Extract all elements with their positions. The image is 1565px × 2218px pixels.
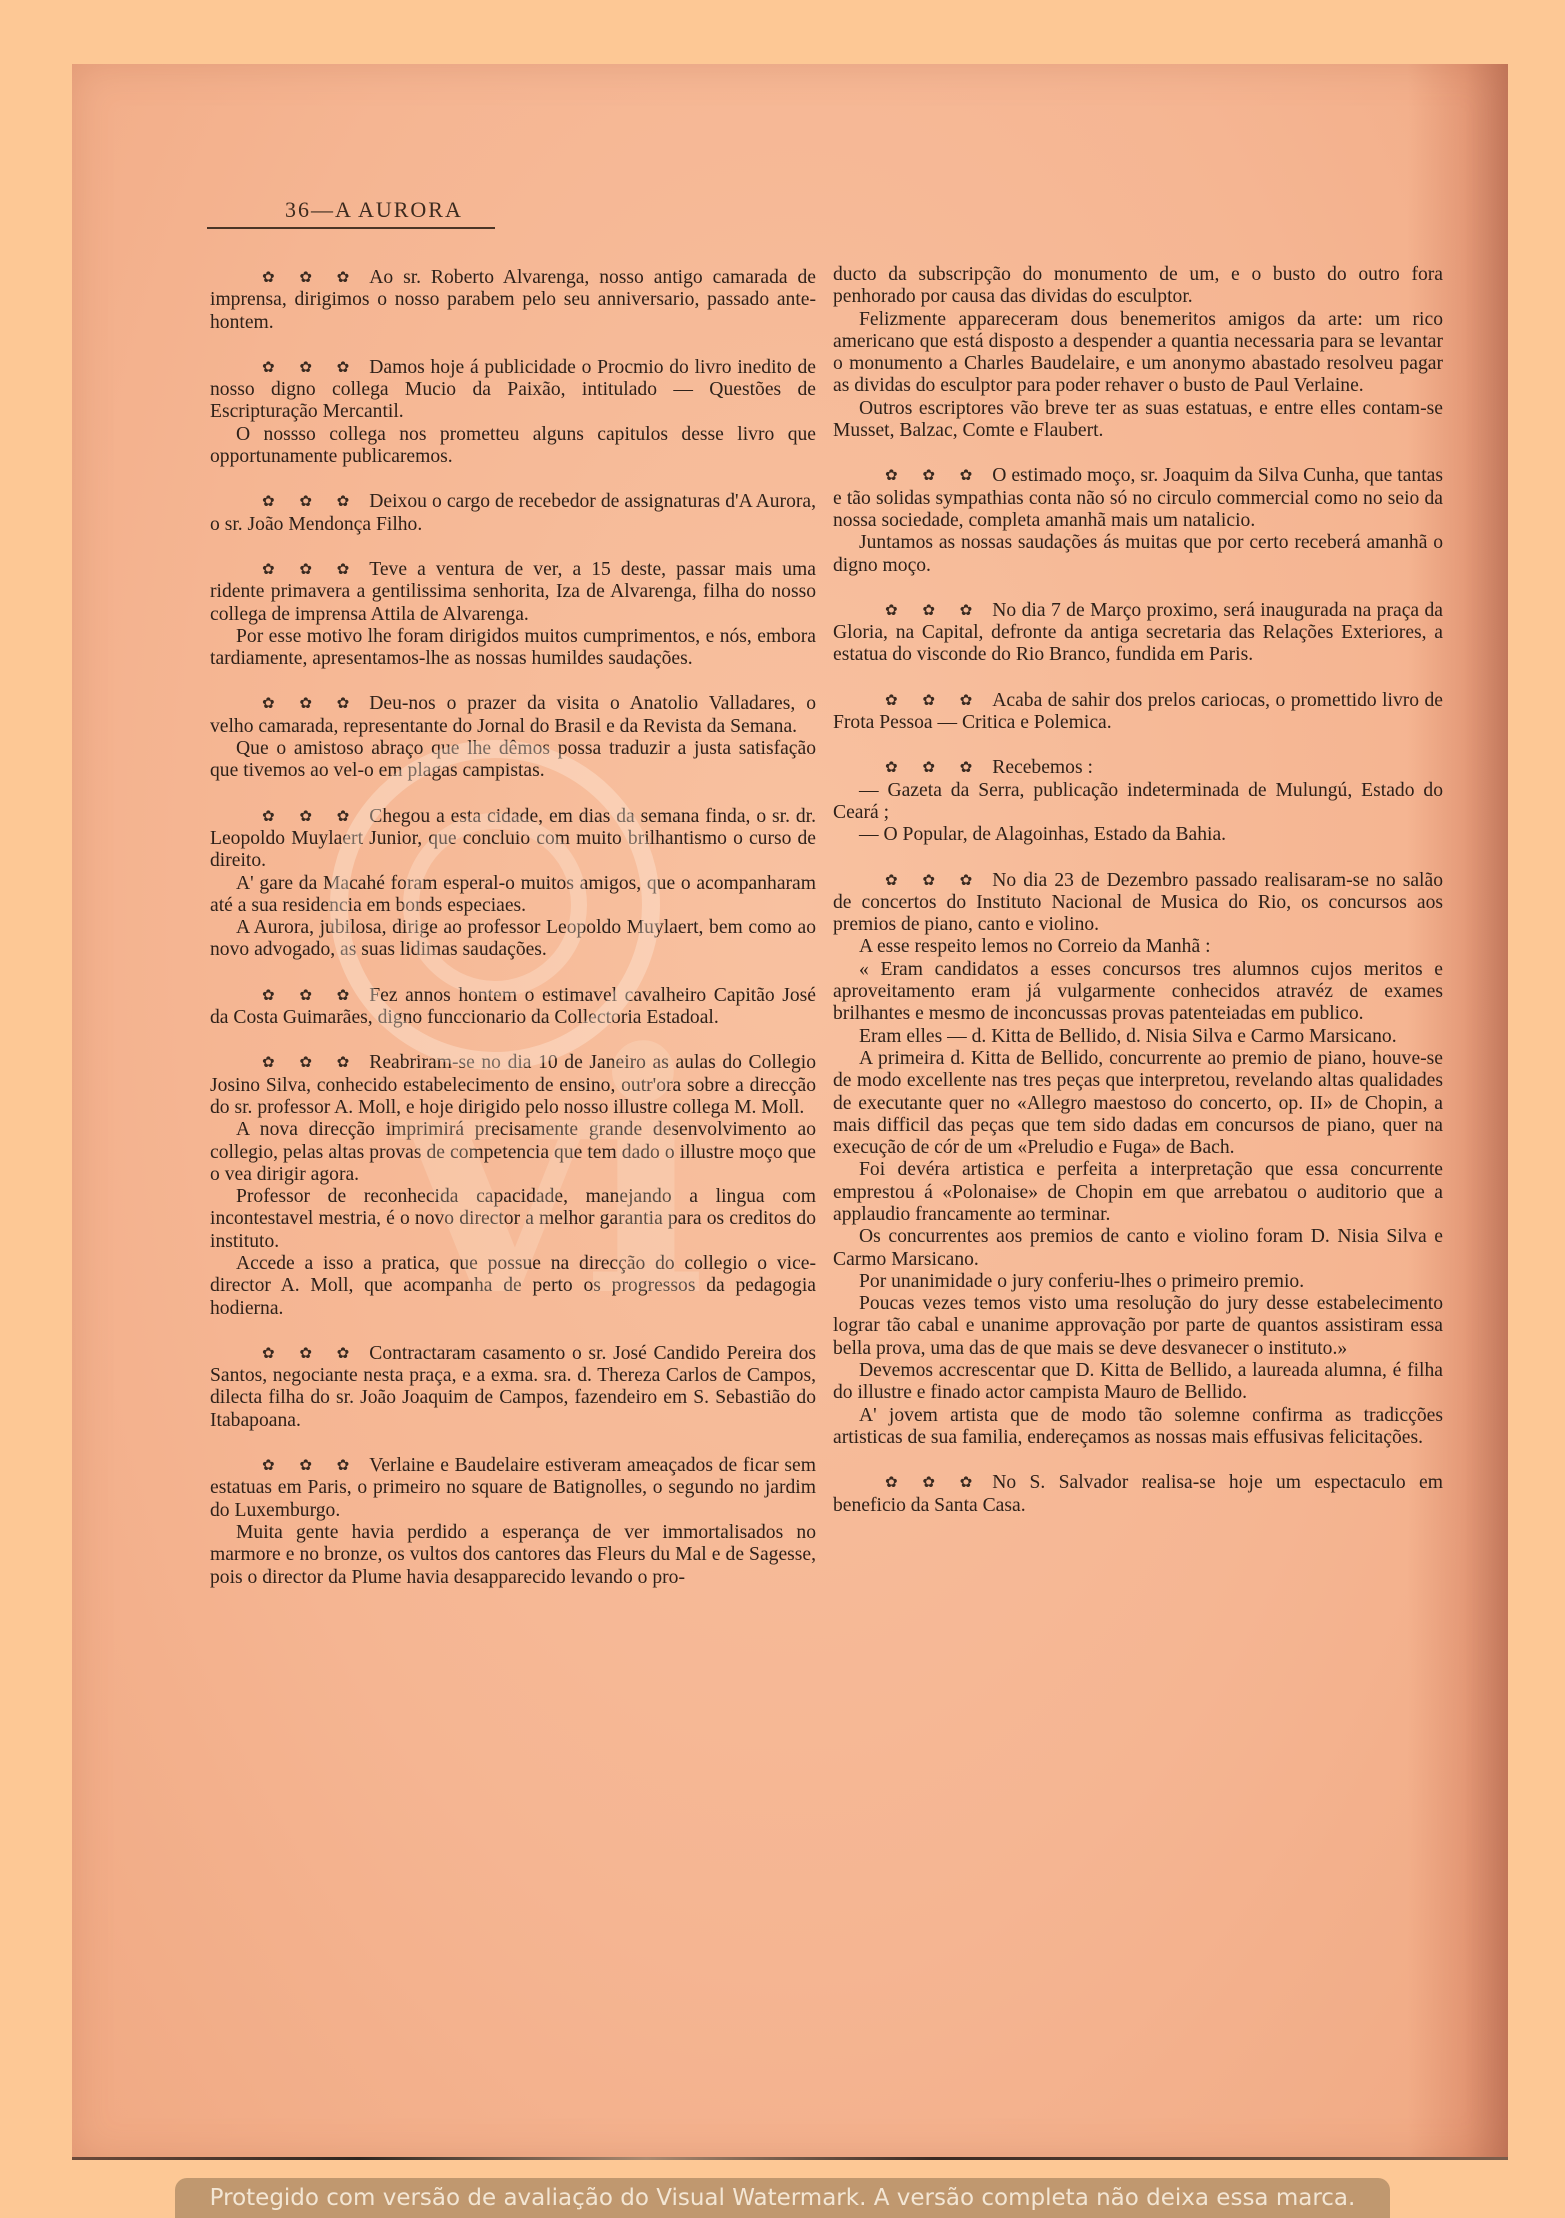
page-bottom-edge <box>72 2157 1508 2160</box>
paragraph-text: A nova direcção imprimirá precisamente g… <box>210 1119 816 1185</box>
news-paragraph: Professor de reconhecida capacidade, man… <box>210 1186 816 1253</box>
ornament-icon: ✿ ✿ ✿ <box>236 266 359 288</box>
ornament-icon: ✿ ✿ ✿ <box>859 599 982 621</box>
news-item: ✿ ✿ ✿Fez annos hontem o estimavel cavalh… <box>210 984 816 1030</box>
news-paragraph: ✿ ✿ ✿Verlaine e Baudelaire estiveram ame… <box>210 1454 816 1522</box>
news-paragraph: Juntamos as nossas saudações ás muitas q… <box>833 532 1443 577</box>
news-item: ✿ ✿ ✿Recebemos :— Gazeta da Serra, publi… <box>833 756 1443 846</box>
news-paragraph: A nova direcção imprimirá precisamente g… <box>210 1119 816 1186</box>
news-paragraph: ✿ ✿ ✿No dia 7 de Março proximo, será ina… <box>833 599 1443 667</box>
ornament-icon: ✿ ✿ ✿ <box>859 869 982 891</box>
news-paragraph: ✿ ✿ ✿Teve a ventura de ver, a 15 deste, … <box>210 558 816 626</box>
news-paragraph: — O Popular, de Alagoinhas, Estado da Ba… <box>833 824 1443 846</box>
paragraph-text: A Aurora, jubilosa, dirige ao professor … <box>210 917 816 960</box>
news-paragraph: Eram elles — d. Kitta de Bellido, d. Nis… <box>833 1026 1443 1048</box>
news-paragraph: A primeira d. Kitta de Bellido, concurre… <box>833 1048 1443 1159</box>
paragraph-text: Poucas vezes temos visto uma resolução d… <box>833 1293 1443 1359</box>
paragraph-text: — O Popular, de Alagoinhas, Estado da Ba… <box>859 824 1226 845</box>
paragraph-text: A' jovem artista que de modo tão solemne… <box>833 1405 1443 1448</box>
right-column: ducto da subscripção do monumento de um,… <box>833 264 1443 1539</box>
news-paragraph: ✿ ✿ ✿Recebemos : <box>833 756 1443 779</box>
news-item: ✿ ✿ ✿Reabriram-se no dia 10 de Janeiro a… <box>210 1051 816 1320</box>
paragraph-text: Accede a isso a pratica, que possue na d… <box>210 1253 816 1319</box>
header-rule <box>207 227 495 229</box>
news-paragraph: A' gare da Macahé foram esperal-o muitos… <box>210 873 816 918</box>
paragraph-text: Eram elles — d. Kitta de Bellido, d. Nis… <box>859 1026 1397 1047</box>
news-paragraph: ✿ ✿ ✿No S. Salvador realisa-se hoje um e… <box>833 1471 1443 1517</box>
paragraph-text: Recebemos : <box>992 757 1093 778</box>
paragraph-text: Foi devéra artistica e perfeita a interp… <box>833 1159 1443 1225</box>
ornament-icon: ✿ ✿ ✿ <box>236 1051 359 1073</box>
ornament-icon: ✿ ✿ ✿ <box>236 356 359 378</box>
ornament-icon: ✿ ✿ ✿ <box>236 490 359 512</box>
news-item: ✿ ✿ ✿Deixou o cargo de recebedor de assi… <box>210 490 816 536</box>
paragraph-text: ducto da subscripção do monumento de um,… <box>833 264 1443 307</box>
news-paragraph: Os concurrentes aos premios de canto e v… <box>833 1226 1443 1271</box>
news-paragraph: ✿ ✿ ✿Deixou o cargo de recebedor de assi… <box>210 490 816 536</box>
page-title: 36—A AURORA <box>207 197 497 223</box>
paragraph-text: Professor de reconhecida capacidade, man… <box>210 1186 816 1252</box>
news-item: ✿ ✿ ✿Teve a ventura de ver, a 15 deste, … <box>210 558 816 670</box>
news-paragraph: « Eram candidatos a esses concursos tres… <box>833 959 1443 1026</box>
paragraph-text: Por esse motivo lhe foram dirigidos muit… <box>210 626 816 669</box>
news-item: ✿ ✿ ✿No dia 23 de Dezembro passado reali… <box>833 869 1443 1450</box>
ornament-icon: ✿ ✿ ✿ <box>236 558 359 580</box>
news-paragraph: ✿ ✿ ✿O estimado moço, sr. Joaquim da Sil… <box>833 464 1443 532</box>
ornament-icon: ✿ ✿ ✿ <box>859 689 982 711</box>
news-paragraph: ✿ ✿ ✿Contractaram casamento o sr. José C… <box>210 1342 816 1432</box>
news-paragraph: — Gazeta da Serra, publicação indetermin… <box>833 780 1443 825</box>
news-paragraph: ✿ ✿ ✿Reabriram-se no dia 10 de Janeiro a… <box>210 1051 816 1119</box>
paragraph-text: « Eram candidatos a esses concursos tres… <box>833 959 1443 1025</box>
news-paragraph: O nossso collega nos prometteu alguns ca… <box>210 424 816 469</box>
news-item: ✿ ✿ ✿Acaba de sahir dos prelos cariocas,… <box>833 689 1443 735</box>
news-item: ✿ ✿ ✿Ao sr. Roberto Alvarenga, nosso ant… <box>210 266 816 334</box>
paragraph-text: Os concurrentes aos premios de canto e v… <box>833 1226 1443 1269</box>
ornament-icon: ✿ ✿ ✿ <box>859 756 982 778</box>
paragraph-text: A' gare da Macahé foram esperal-o muitos… <box>210 873 816 916</box>
paragraph-text: Felizmente appareceram dous benemeritos … <box>833 309 1443 397</box>
news-paragraph: A' jovem artista que de modo tão solemne… <box>833 1405 1443 1450</box>
news-paragraph: Accede a isso a pratica, que possue na d… <box>210 1253 816 1320</box>
news-paragraph: ducto da subscripção do monumento de um,… <box>833 264 1443 309</box>
news-item: ✿ ✿ ✿Chegou a esta cidade, em dias da se… <box>210 805 816 962</box>
news-paragraph: Que o amistoso abraço que lhe dêmos poss… <box>210 738 816 783</box>
ornament-icon: ✿ ✿ ✿ <box>236 1342 359 1364</box>
news-item: ✿ ✿ ✿Verlaine e Baudelaire estiveram ame… <box>210 1454 816 1589</box>
news-paragraph: Devemos accrescentar que D. Kitta de Bel… <box>833 1360 1443 1405</box>
ornament-icon: ✿ ✿ ✿ <box>859 1471 982 1493</box>
news-paragraph: Outros escriptores vão breve ter as suas… <box>833 398 1443 443</box>
news-item: ducto da subscripção do monumento de um,… <box>833 264 1443 442</box>
paragraph-text: Que o amistoso abraço que lhe dêmos poss… <box>210 738 816 781</box>
news-paragraph: Por unanimidade o jury conferiu-lhes o p… <box>833 1271 1443 1293</box>
paragraph-text: Outros escriptores vão breve ter as suas… <box>833 398 1443 441</box>
news-paragraph: ✿ ✿ ✿Acaba de sahir dos prelos cariocas,… <box>833 689 1443 735</box>
news-paragraph: Felizmente appareceram dous benemeritos … <box>833 309 1443 398</box>
watermark-banner: Protegido com versão de avaliação do Vis… <box>175 2178 1390 2218</box>
ornament-icon: ✿ ✿ ✿ <box>236 692 359 714</box>
news-item: ✿ ✿ ✿No dia 7 de Março proximo, será ina… <box>833 599 1443 667</box>
news-paragraph: ✿ ✿ ✿Ao sr. Roberto Alvarenga, nosso ant… <box>210 266 816 334</box>
paragraph-text: Juntamos as nossas saudações ás muitas q… <box>833 532 1443 575</box>
ornament-icon: ✿ ✿ ✿ <box>236 1454 359 1476</box>
news-paragraph: Muita gente havia perdido a esperança de… <box>210 1522 816 1589</box>
page-header: 36—A AURORA <box>207 197 497 229</box>
news-item: ✿ ✿ ✿No S. Salvador realisa-se hoje um e… <box>833 1471 1443 1517</box>
left-column: ✿ ✿ ✿Ao sr. Roberto Alvarenga, nosso ant… <box>210 266 816 1611</box>
news-paragraph: ✿ ✿ ✿Deu-nos o prazer da visita o Anatol… <box>210 692 816 738</box>
ornament-icon: ✿ ✿ ✿ <box>236 805 359 827</box>
news-item: ✿ ✿ ✿Deu-nos o prazer da visita o Anatol… <box>210 692 816 782</box>
news-paragraph: ✿ ✿ ✿No dia 23 de Dezembro passado reali… <box>833 869 1443 937</box>
paragraph-text: Por unanimidade o jury conferiu-lhes o p… <box>859 1271 1304 1292</box>
news-paragraph: ✿ ✿ ✿Fez annos hontem o estimavel cavalh… <box>210 984 816 1030</box>
news-paragraph: ✿ ✿ ✿Chegou a esta cidade, em dias da se… <box>210 805 816 873</box>
news-paragraph: ✿ ✿ ✿Damos hoje á publicidade o Procmio … <box>210 356 816 424</box>
ornament-icon: ✿ ✿ ✿ <box>236 984 359 1006</box>
paragraph-text: — Gazeta da Serra, publicação indetermin… <box>833 780 1443 823</box>
paragraph-text: O nossso collega nos prometteu alguns ca… <box>210 424 816 467</box>
paragraph-text: Devemos accrescentar que D. Kitta de Bel… <box>833 1360 1443 1403</box>
news-paragraph: A esse respeito lemos no Correio da Manh… <box>833 936 1443 958</box>
news-item: ✿ ✿ ✿Contractaram casamento o sr. José C… <box>210 1342 816 1432</box>
news-paragraph: Por esse motivo lhe foram dirigidos muit… <box>210 626 816 671</box>
news-paragraph: A Aurora, jubilosa, dirige ao professor … <box>210 917 816 962</box>
news-paragraph: Poucas vezes temos visto uma resolução d… <box>833 1293 1443 1360</box>
news-paragraph: Foi devéra artistica e perfeita a interp… <box>833 1159 1443 1226</box>
paragraph-text: A esse respeito lemos no Correio da Manh… <box>859 936 1211 957</box>
news-item: ✿ ✿ ✿Damos hoje á publicidade o Procmio … <box>210 356 816 468</box>
ornament-icon: ✿ ✿ ✿ <box>859 464 982 486</box>
news-item: ✿ ✿ ✿O estimado moço, sr. Joaquim da Sil… <box>833 464 1443 576</box>
paragraph-text: Muita gente havia perdido a esperança de… <box>210 1522 816 1588</box>
paragraph-text: A primeira d. Kitta de Bellido, concurre… <box>833 1048 1443 1158</box>
